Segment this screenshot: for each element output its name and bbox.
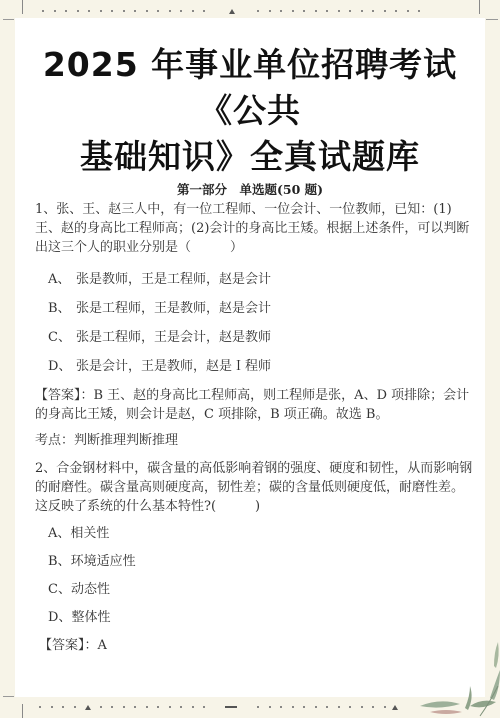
triangle-ornament-icon (392, 705, 398, 710)
frame-right-line-top (479, 0, 480, 14)
question-2: 2、合金钢材料中，碳含量的高低影响着钢的强度、硬度和韧性，从而影响钢的耐磨性。碳… (35, 459, 475, 655)
dot-row-mid (100, 706, 206, 708)
title-line-1: 2025 年事业单位招聘考试《公共 (15, 42, 485, 134)
bottom-ornament-row (22, 698, 462, 716)
option-d: D、整体性 (35, 604, 475, 632)
option-d: D、张是会计，王是教师，赵是Ｉ程师 (35, 352, 475, 381)
document-page: 2025 年事业单位招聘考试《公共 基础知识》全真试题库 第一部分 单选题(50… (15, 18, 485, 697)
section-heading: 第一部分 单选题(50 题) (15, 180, 485, 198)
dot-row-left (39, 706, 76, 708)
question-list: 1、张、王、赵三人中，有一位工程师、一位会计、一位教师，已知：(1)王、赵的身高… (35, 198, 475, 655)
option-b: B、张是工程师，王是教师，赵是会计 (35, 294, 475, 323)
option-a: A、相关性 (35, 520, 475, 548)
dot-row-right (257, 10, 420, 12)
leaf-decoration-icon (410, 638, 500, 718)
option-c: C、张是工程师，王是会计，赵是教师 (35, 323, 475, 352)
answer: 【答案】：A (35, 636, 475, 655)
option-b: B、环境适应性 (35, 548, 475, 576)
option-c: C、动态性 (35, 576, 475, 604)
question-stem: 2、合金钢材料中，碳含量的高低影响着钢的强度、硬度和韧性，从而影响钢的耐磨性。碳… (35, 459, 475, 516)
triangle-ornament-icon (85, 705, 91, 710)
answer-explanation: 【答案】：B 王、赵的身高比工程师高，则工程师是张，A、D 项排除；会计的身高比… (35, 386, 475, 424)
title-line-2: 基础知识》全真试题库 (15, 134, 485, 180)
key-point: 考点：判断推理判断推理 (35, 431, 475, 450)
frame-left-dash-bottom (3, 696, 14, 697)
dot-row-left (42, 10, 205, 12)
frame-right-dash-top (486, 19, 498, 20)
question-stem: 1、张、王、赵三人中，有一位工程师、一位会计、一位教师，已知：(1)王、赵的身高… (35, 200, 475, 257)
option-a: A、张是教师，王是工程师，赵是会计 (35, 265, 475, 294)
question-1: 1、张、王、赵三人中，有一位工程师、一位会计、一位教师，已知：(1)王、赵的身高… (35, 200, 475, 450)
document-title: 2025 年事业单位招聘考试《公共 基础知识》全真试题库 (15, 42, 485, 180)
triangle-ornament-icon (229, 9, 235, 14)
dot-row-right (257, 706, 386, 708)
dash-ornament (225, 706, 237, 708)
frame-left-dash-top (3, 19, 14, 20)
